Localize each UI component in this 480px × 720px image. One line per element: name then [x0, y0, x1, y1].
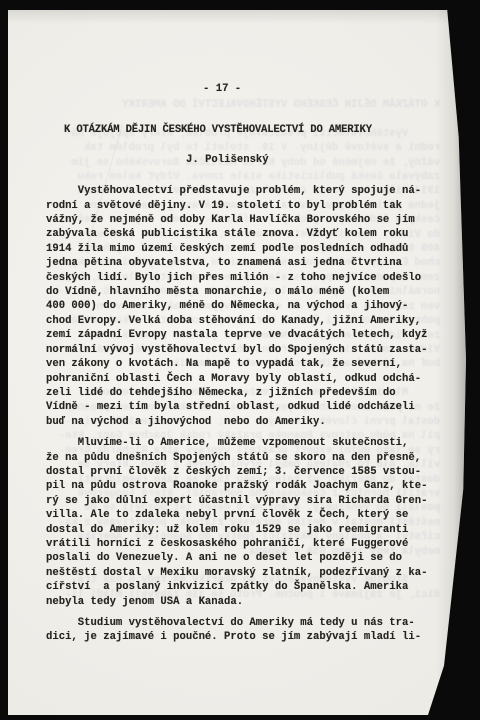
book-scan: K OTÁZKÁM DĚJIN ČESKÉHO VYSTĚHOVALECTVÍ …	[0, 0, 480, 720]
page-content: - 17 - K OTÁZKÁM DĚJIN ČESKÉHO VYSTĚHOVA…	[46, 10, 450, 645]
author-name: J. Polišenský	[186, 153, 450, 167]
article-title: K OTÁZKÁM DĚJIN ČESKÉHO VYSTĚHOVALECTVÍ …	[64, 123, 450, 137]
page-number: - 17 -	[203, 82, 450, 96]
paragraph-1: Vystěhovalectví představuje problém, kte…	[46, 184, 450, 429]
paragraph-3: Studium vystěhovalectví do Ameriky má te…	[46, 616, 450, 645]
document-page: K OTÁZKÁM DĚJIN ČESKÉHO VYSTĚHOVALECTVÍ …	[8, 10, 466, 715]
paragraph-2: Mluvíme-li o Americe, můžeme vzpomenout …	[46, 436, 450, 609]
article-body: Vystěhovalectví představuje problém, kte…	[46, 184, 450, 645]
